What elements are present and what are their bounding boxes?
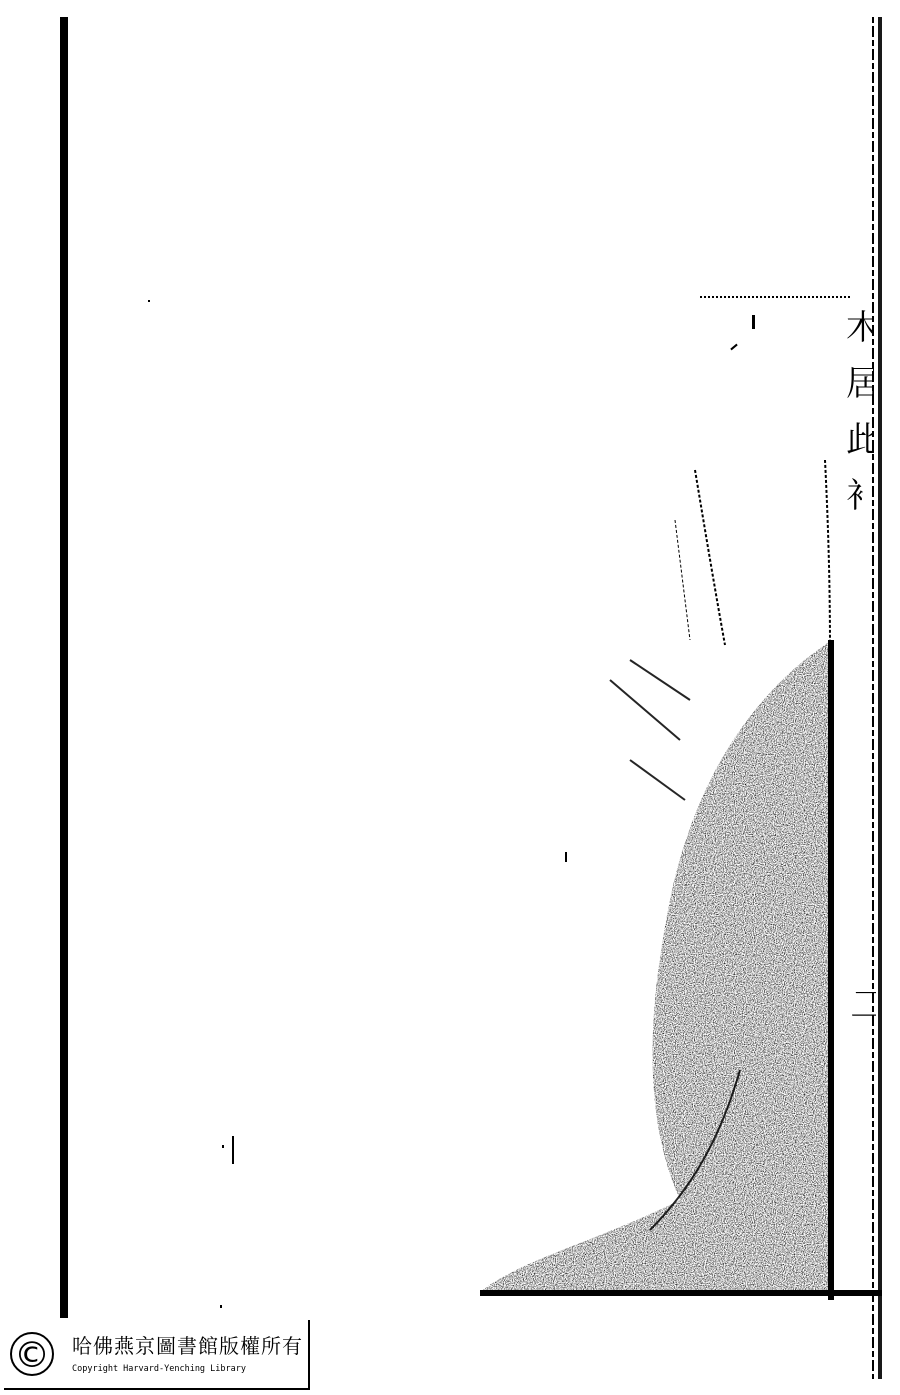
ink-speck xyxy=(565,852,567,862)
ink-speck xyxy=(752,315,755,329)
copyright-stamp: © 哈佛燕京圖書館版權所有 Copyright Harvard-Yenching… xyxy=(0,1320,310,1390)
ink-streaks xyxy=(640,440,880,660)
margin-top-dotted-line xyxy=(700,296,850,298)
margin-glyph: 居 xyxy=(846,356,874,412)
scanned-page: 木 居 此 衤 二 xyxy=(0,0,900,1395)
ink-speck xyxy=(220,1305,222,1308)
ink-speck xyxy=(222,1145,224,1148)
copyright-chinese-text: 哈佛燕京圖書館版權所有 xyxy=(72,1330,303,1359)
stamp-border-right xyxy=(308,1320,310,1390)
copyright-english-text: Copyright Harvard-Yenching Library xyxy=(72,1364,246,1374)
ink-speck xyxy=(232,1136,234,1164)
right-border-inner-rule xyxy=(872,17,874,1379)
ink-smudge xyxy=(480,640,832,1292)
margin-glyph: 木 xyxy=(846,300,874,356)
inner-frame-vertical-line xyxy=(828,640,834,1300)
page-number-text: 二 xyxy=(850,982,876,1028)
copyright-icon: © xyxy=(10,1332,54,1376)
page-number: 二 xyxy=(850,975,876,1035)
right-border-outer-rule xyxy=(878,17,882,1379)
inner-frame-bottom-line xyxy=(480,1290,882,1296)
ink-speck xyxy=(730,344,737,351)
stamp-border-bottom xyxy=(4,1388,310,1390)
left-border-rule xyxy=(60,17,68,1318)
ink-speck xyxy=(148,300,150,302)
